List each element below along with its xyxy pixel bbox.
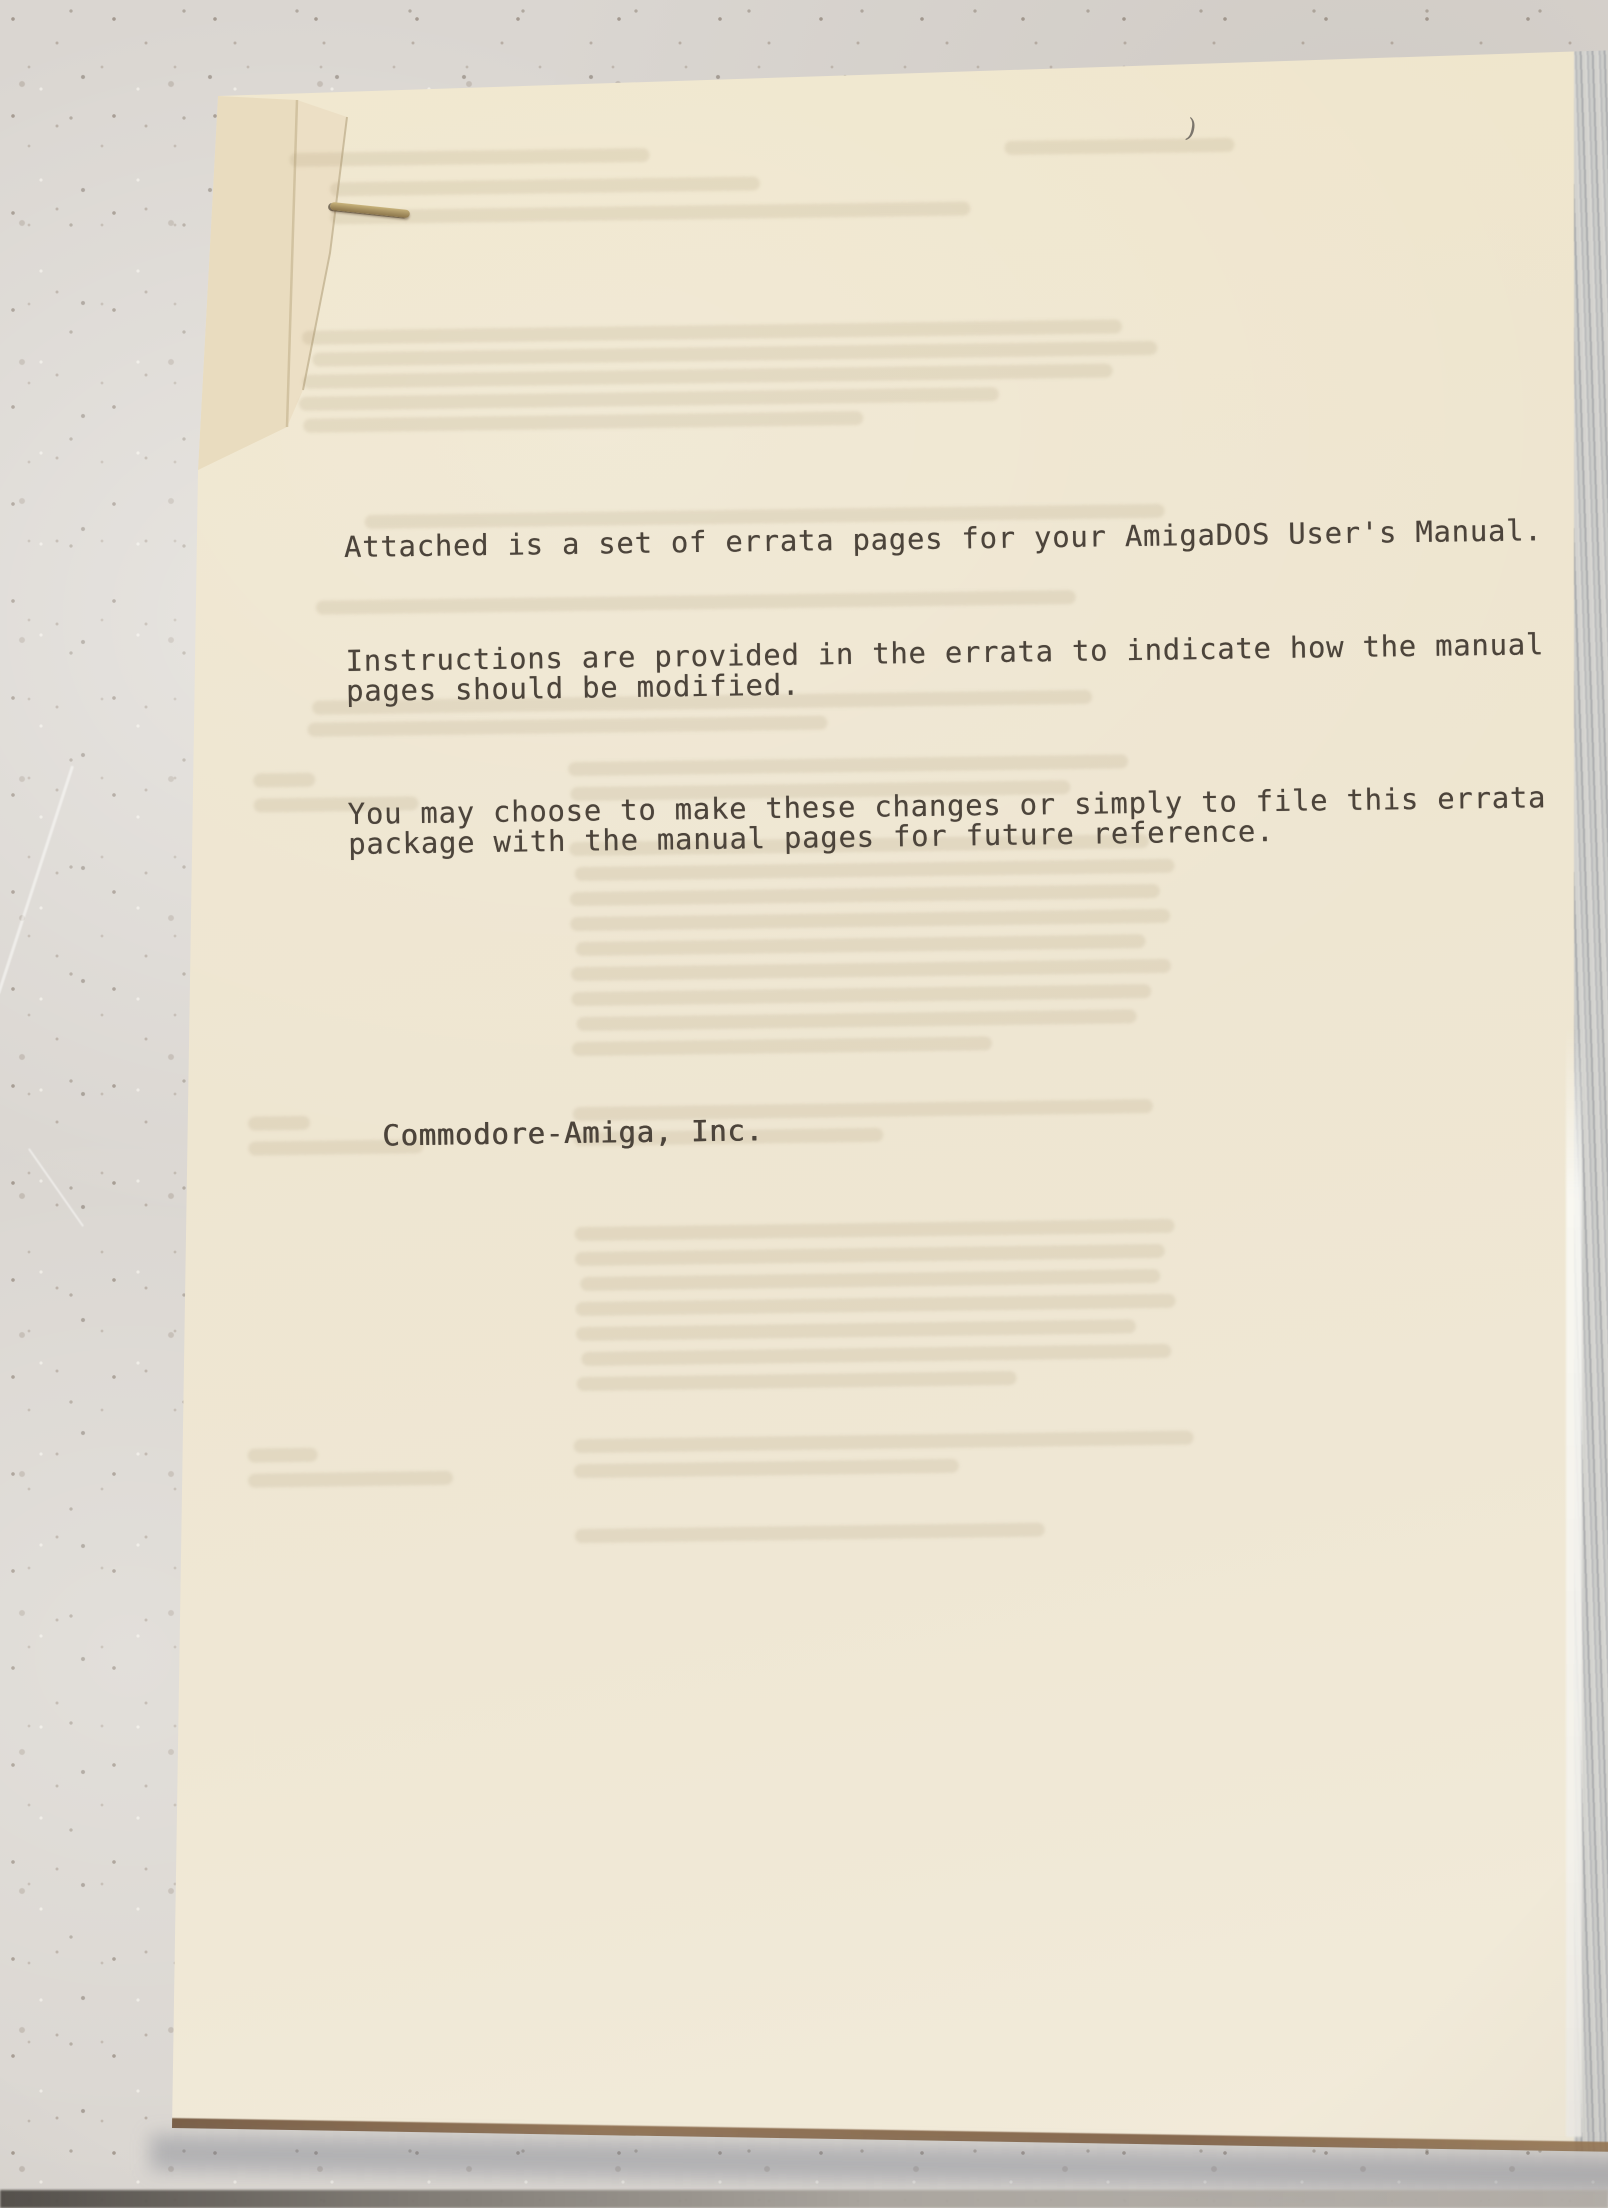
bleedthrough-line <box>574 1459 959 1478</box>
bleedthrough-line <box>573 1430 1193 1453</box>
bleedthrough-line <box>299 387 999 411</box>
typewritten-line: Attached is a set of errata pages for yo… <box>344 513 1543 564</box>
bleedthrough-line <box>581 1344 1171 1366</box>
photo-bottom-strip <box>0 2190 1608 2208</box>
bleedthrough-line <box>576 1319 1136 1341</box>
typewritten-line: Instructions are provided in the errata … <box>345 627 1544 678</box>
bleedthrough-line <box>248 1116 310 1131</box>
bleedthrough-line <box>253 773 315 788</box>
photo-scene: Attached is a set of errata pages for yo… <box>0 0 1608 2208</box>
typewritten-line: pages should be modified. <box>346 668 800 708</box>
bleedthrough-line <box>248 1448 318 1463</box>
paper-stack: Attached is a set of errata pages for yo… <box>160 40 1608 2180</box>
bleedthrough-line <box>580 1269 1160 1291</box>
bleedthrough-line <box>577 1371 1017 1391</box>
bleedthrough-line <box>302 319 1122 344</box>
bleedthrough-line <box>575 1244 1165 1266</box>
bleedthrough-line <box>303 411 863 433</box>
paragraph-3: You may choose to make these changes or … <box>348 782 1599 859</box>
bleedthrough-line <box>303 364 1113 389</box>
bleedthrough-line <box>575 1219 1175 1241</box>
paragraph-1: Attached is a set of errata pages for yo… <box>344 515 1594 562</box>
bleedthrough-line <box>330 176 760 196</box>
paragraph-2: Instructions are provided in the errata … <box>345 629 1596 706</box>
bleedthrough-line <box>575 1523 1045 1544</box>
bleedthrough-line <box>312 341 1157 367</box>
typewritten-text: Attached is a set of errata pages for yo… <box>343 455 1603 1211</box>
bleedthrough-line <box>248 1471 453 1488</box>
bleedthrough-line <box>289 148 649 167</box>
bleedthrough-line <box>330 201 970 224</box>
bleedthrough-line <box>1004 138 1234 155</box>
bleedthrough-line <box>576 1294 1176 1316</box>
signature-line: Commodore-Amiga, Inc. <box>382 1103 1602 1150</box>
